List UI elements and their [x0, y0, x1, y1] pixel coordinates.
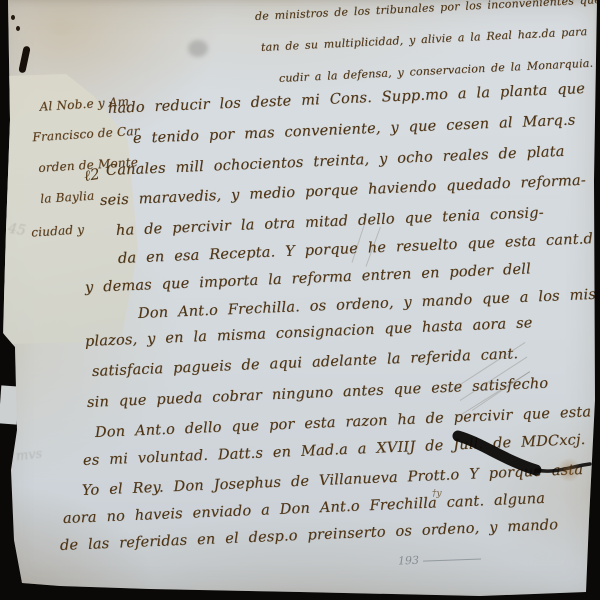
text-line: e tenido por mas conveniente, y que cese…: [133, 112, 576, 147]
text-line: ha de percivir la otra mitad dello que t…: [116, 205, 544, 239]
text-line: y demas que importa la reforma entren en…: [85, 261, 532, 296]
text-line: de ministros de los tribunales por los i…: [255, 0, 600, 23]
bleed-mark: 45: [7, 221, 27, 240]
text-line: Canales mill ochocientos treinta, y ocho…: [106, 144, 565, 179]
bleed-mark: mvs: [15, 447, 43, 465]
ink-dot: [16, 26, 20, 31]
insertion-mark: †y: [432, 489, 442, 499]
text-line: cudir a la defensa, y conservacion de la…: [279, 56, 600, 85]
text-line: seis maravedis, y medio porque haviendo …: [100, 173, 587, 209]
body-text: de ministros de los tribunales por los i…: [0, 0, 600, 600]
manuscript-page: Al Nob.e y Am Francisco de Car orden de …: [0, 0, 600, 600]
flourish-mark: ℓ2: [83, 165, 101, 186]
text-line: tan de su multiplicidad, y alivie a la R…: [261, 25, 588, 54]
text-line: hado reducir los deste mi Cons. Supp.mo …: [108, 81, 586, 117]
text-line: satisfacia pagueis de aqui adelante la r…: [92, 346, 519, 380]
pencil-number-text: 193: [398, 554, 419, 568]
brown-stain: [556, 458, 582, 482]
ink-dot: [11, 15, 15, 20]
photo-stage: Al Nob.e y Am Francisco de Car orden de …: [0, 0, 600, 600]
pencil-dash: [423, 558, 481, 561]
gray-smudge: [188, 40, 208, 57]
